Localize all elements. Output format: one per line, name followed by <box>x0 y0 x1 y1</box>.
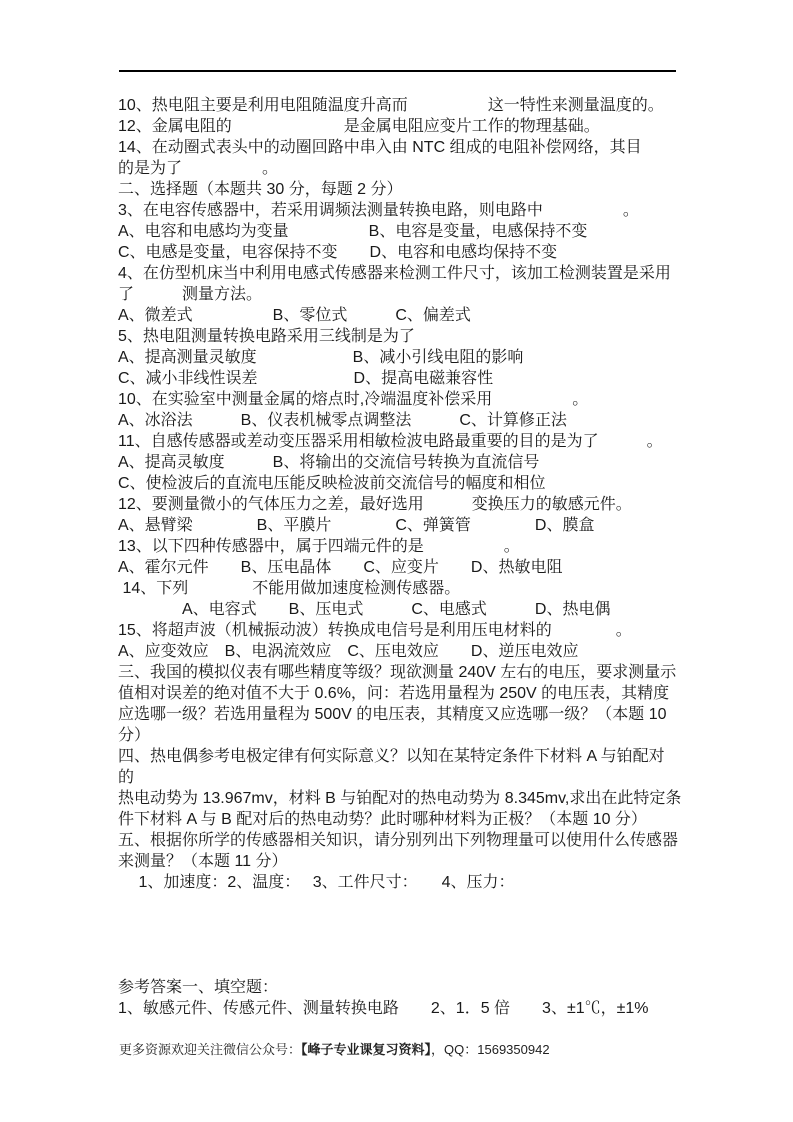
doc-line-choice-q5-options-cd: C、减小非线性误差 D、提高电磁兼容性 <box>118 368 680 389</box>
doc-line-choice-q10-options: A、冰浴法 B、仪表机械零点调整法 C、计算修正法 <box>118 410 680 431</box>
doc-line-choice-q10: 10、在实验室中测量金属的熔点时,冷端温度补偿采用 。 <box>118 389 680 410</box>
doc-line-choice-q3-options-cd: C、电感是变量，电容保持不变 D、电容和电感均保持不变 <box>118 242 680 263</box>
blank-line <box>118 893 680 914</box>
blank-line <box>118 935 680 956</box>
doc-line-choice-q13: 13、以下四种传感器中，属于四端元件的是 。 <box>118 536 680 557</box>
doc-line-choice-q11-option-c: C、使检波后的直流电压能反映检波前交流信号的幅度和相位 <box>118 473 680 494</box>
header-rule <box>119 70 676 72</box>
doc-line-choice-q3: 3、在电容传感器中，若采用调频法测量转换电路，则电路中 。 <box>118 200 680 221</box>
section-3-question-cont2: 应选哪一级？若选用量程为 500V 的电压表，其精度又应选哪一级？（本题 10 <box>118 704 680 725</box>
doc-line-choice-q13-options: A、霍尔元件 B、压电晶体 C、应变片 D、热敏电阻 <box>118 557 680 578</box>
section-5-items: 1、加速度：2、温度： 3、工件尺寸： 4、压力： <box>118 872 680 893</box>
document-page: 10、热电阻主要是利用电阻随温度升高而 这一特性来测量温度的。 12、金属电阻的… <box>0 0 793 1122</box>
doc-line-choice-q5: 5、热电阻测量转换电路采用三线制是为了 <box>118 326 680 347</box>
doc-line-choice-q12-options: A、悬臂梁 B、平膜片 C、弹簧管 D、膜盒 <box>118 515 680 536</box>
section-5-question-cont: 来测量？（本题 11 分） <box>118 851 680 872</box>
doc-line-choice-q15: 15、将超声波（机械振动波）转换成电信号是利用压电材料的 。 <box>118 620 680 641</box>
section-4-question-cont3: 件下材料 A 与 B 配对后的热电动势？此时哪种材料为正极？（本题 10 分） <box>118 809 680 830</box>
doc-line-choice-q4-cont: 了 测量方法。 <box>118 284 680 305</box>
section-2-heading: 二、选择题（本题共 30 分，每题 2 分） <box>118 179 680 200</box>
doc-line-choice-q14-options: A、电容式 B、压电式 C、电感式 D、热电偶 <box>118 599 680 620</box>
doc-line-choice-q11: 11、自感传感器或差动变压器采用相敏检波电路最重要的目的是为了 。 <box>118 431 680 452</box>
doc-line-choice-q15-options: A、应变效应 B、电涡流效应 C、压电效应 D、逆压电效应 <box>118 641 680 662</box>
doc-line-choice-q4-options: A、微差式 B、零位式 C、偏差式 <box>118 305 680 326</box>
doc-line-fill-blank-q12: 12、金属电阻的 是金属电阻应变片工作的物理基础。 <box>118 116 680 137</box>
footer-prefix: 更多资源欢迎关注微信公众号： <box>119 1042 301 1057</box>
doc-line-choice-q5-options-ab: A、提高测量灵敏度 B、减小引线电阻的影响 <box>118 347 680 368</box>
section-5-question: 五、根据你所学的传感器相关知识，请分别列出下列物理量可以使用什么传感器 <box>118 830 680 851</box>
section-4-question-cont1: 的 <box>118 767 680 788</box>
doc-line-choice-q11-options-ab: A、提高灵敏度 B、将输出的交流信号转换为直流信号 <box>118 452 680 473</box>
section-3-question-cont1: 值相对误差的绝对值不大于 0.6%，问：若选用量程为 250V 的电压表，其精度 <box>118 683 680 704</box>
answer-key-heading: 参考答案一、填空题： <box>118 977 680 998</box>
section-3-question-cont3: 分） <box>118 725 680 746</box>
section-3-question: 三、我国的模拟仪表有哪些精度等级？现欲测量 240V 左右的电压，要求测量示 <box>118 662 680 683</box>
doc-line-choice-q3-options-ab: A、电容和电感均为变量 B、电容是变量，电感保持不变 <box>118 221 680 242</box>
doc-line-fill-blank-q14: 14、在动圈式表头中的动圈回路中串入由 NTC 组成的电阻补偿网络，其目 <box>118 137 680 158</box>
blank-line <box>118 956 680 977</box>
footer-suffix: ，QQ：1569350942 <box>431 1042 550 1057</box>
doc-line-choice-q12: 12、要测量微小的气体压力之差，最好选用 变换压力的敏感元件。 <box>118 494 680 515</box>
doc-line-choice-q4: 4、在仿型机床当中利用电感式传感器来检测工件尺寸，该加工检测装置是采用 <box>118 263 680 284</box>
section-4-question-cont2: 热电动势为 13.967mv，材料 B 与铂配对的热电动势为 8.345mv,求… <box>118 788 680 809</box>
footer-brand: 【峰子专业课复习资料】 <box>301 1042 431 1057</box>
doc-line-choice-q14: 14、下列 不能用做加速度检测传感器。 <box>118 578 680 599</box>
doc-line-fill-blank-q14-cont: 的是为了 。 <box>118 158 680 179</box>
page-footer: 更多资源欢迎关注微信公众号：【峰子专业课复习资料】，QQ：1569350942 <box>119 1041 719 1058</box>
blank-line <box>118 914 680 935</box>
document-body: 10、热电阻主要是利用电阻随温度升高而 这一特性来测量温度的。 12、金属电阻的… <box>118 95 680 1019</box>
doc-line-fill-blank-q10: 10、热电阻主要是利用电阻随温度升高而 这一特性来测量温度的。 <box>118 95 680 116</box>
section-4-question: 四、热电偶参考电极定律有何实际意义？以知在某特定条件下材料 A 与铂配对 <box>118 746 680 767</box>
answer-key-line: 1、敏感元件、传感元件、测量转换电路 2、1．5 倍 3、±1℃，±1% <box>118 998 680 1019</box>
